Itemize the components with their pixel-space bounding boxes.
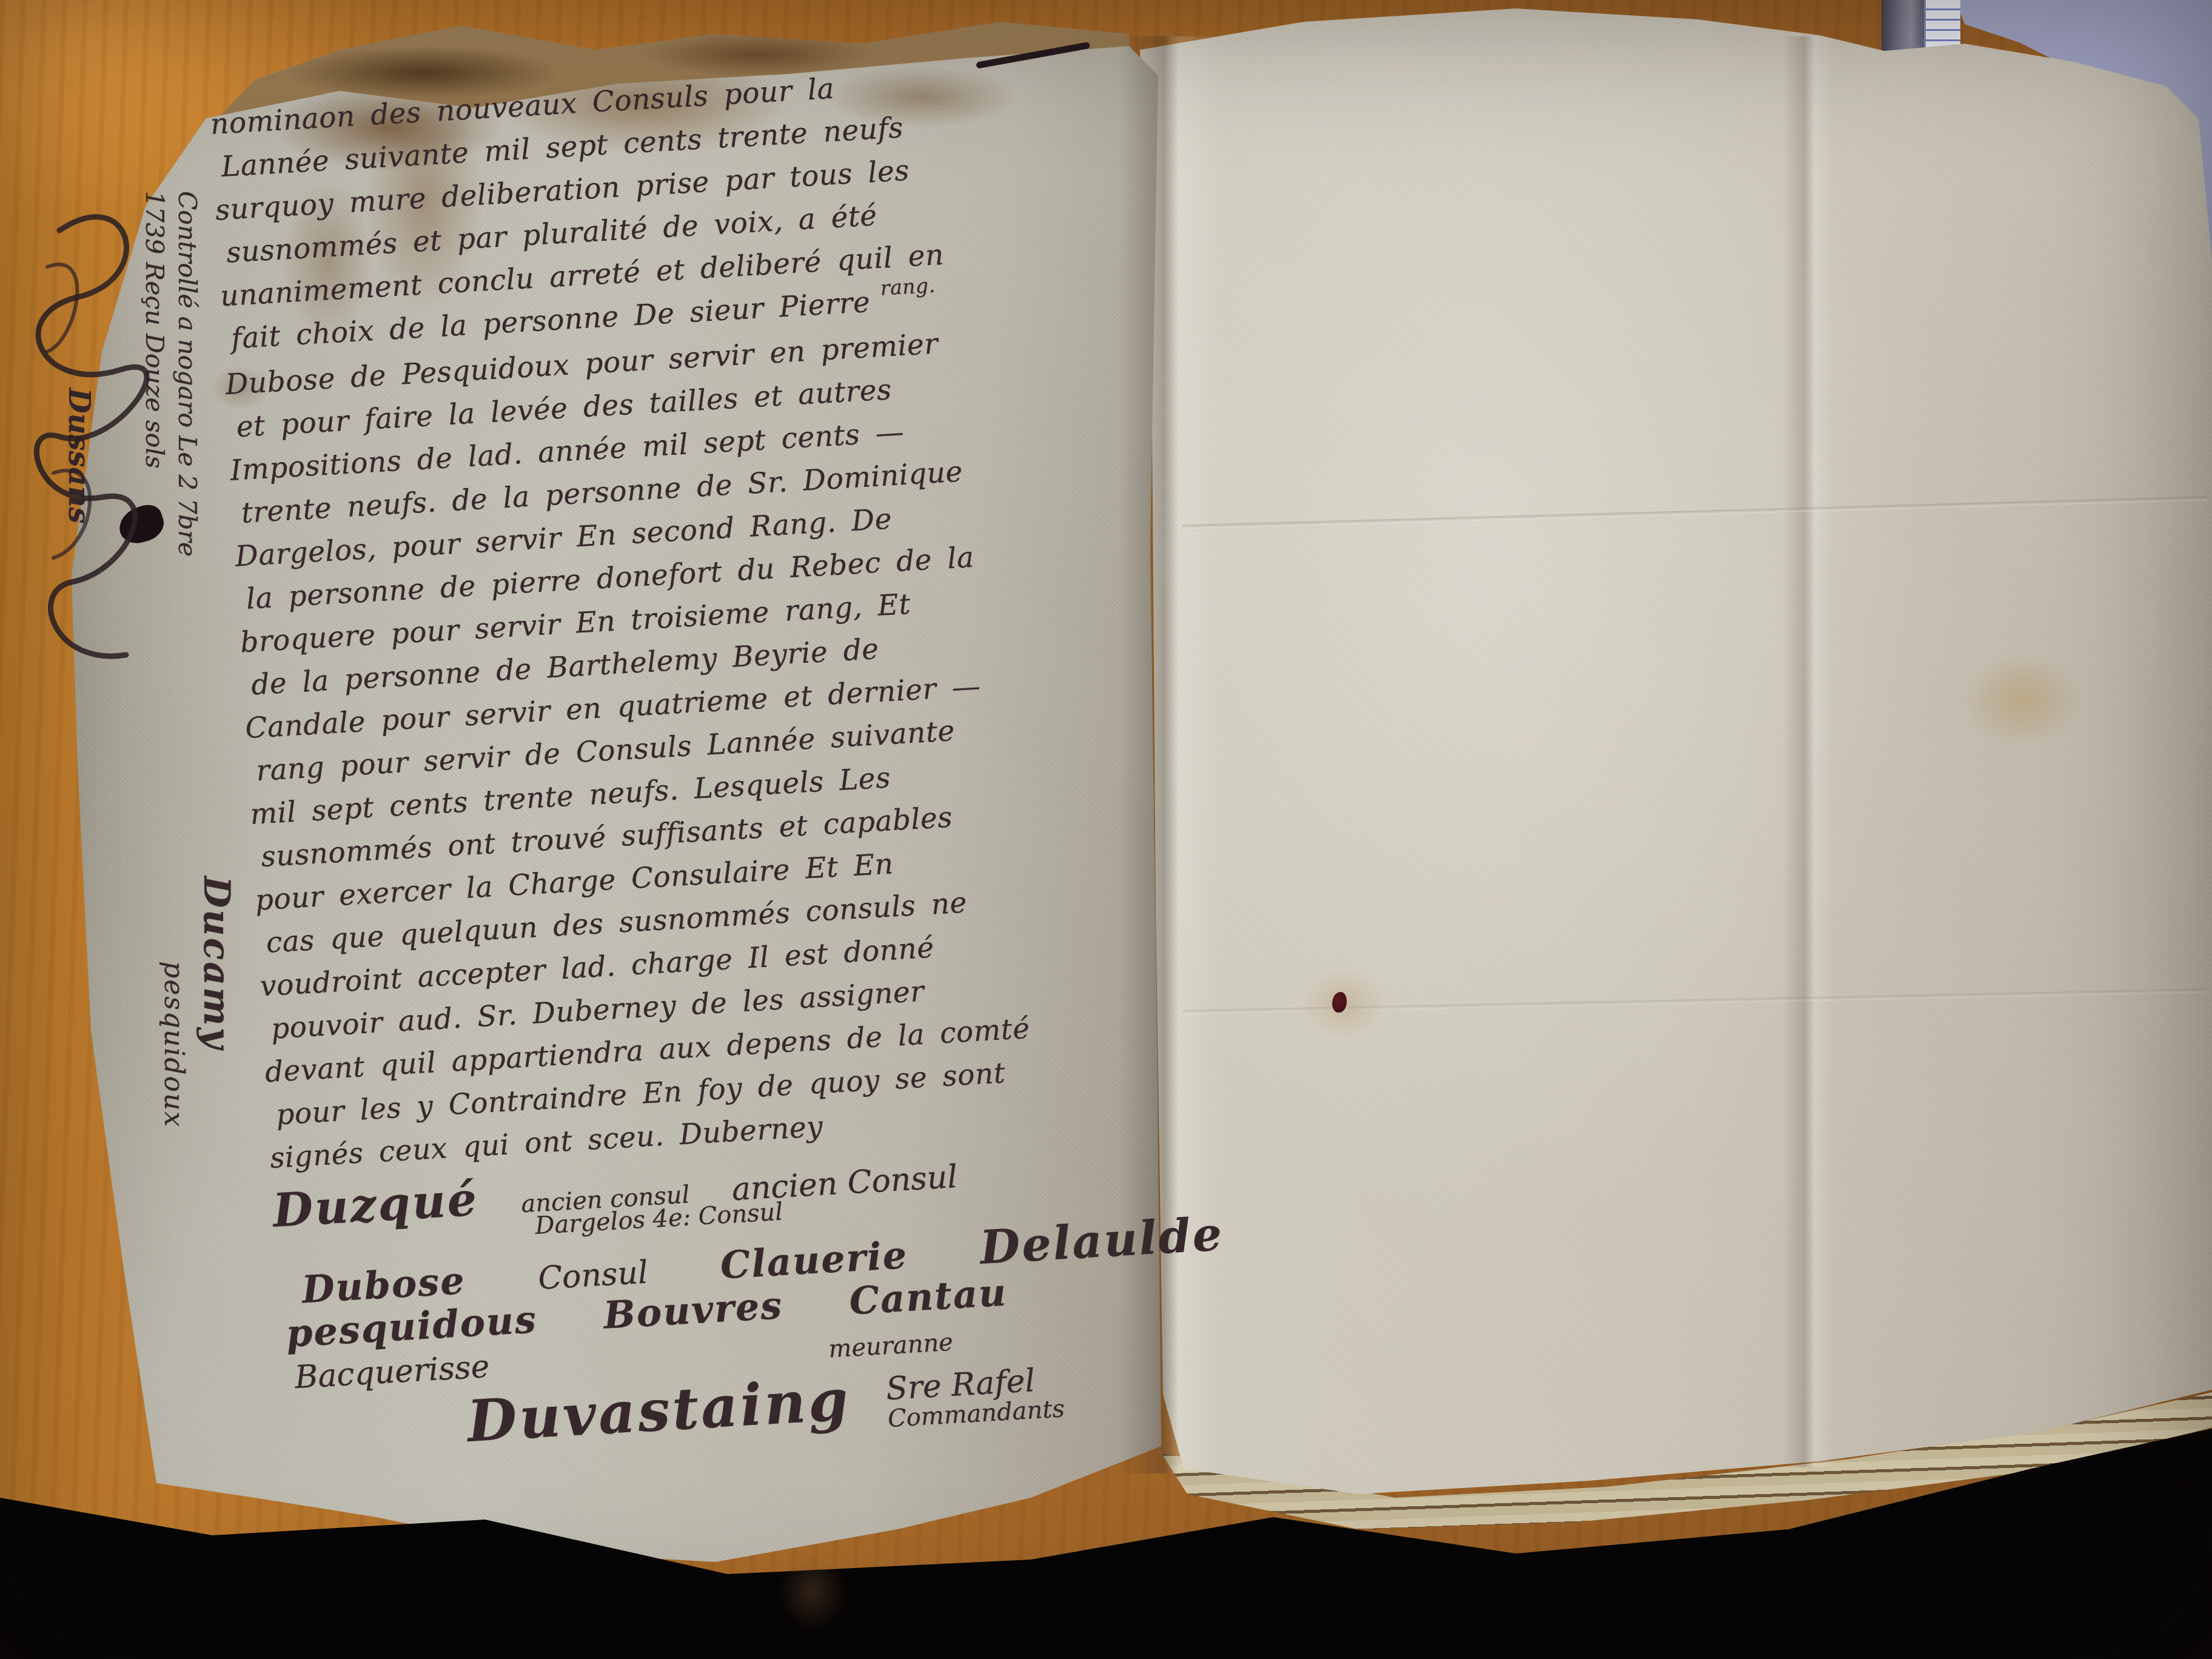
margin-signature-ducamy: Ducamy [195,876,238,1050]
main-text-block: nominaon des nouveaux Consuls pour la La… [209,50,1213,1457]
signature-cantau: Cantau [848,1270,1008,1324]
scale-rod [1882,0,1924,56]
title-consul: Consul [537,1255,649,1297]
amber-stain [1962,652,2083,749]
margin-paraph-flourish [23,194,181,716]
shadow-spot [779,1552,846,1631]
superscript-rang: rang. [880,273,936,300]
signature-meuranne: meuranne [828,1329,954,1364]
signature-duzque: Duzqué [272,1172,480,1238]
photo-of-manuscript: nominaon des nouveaux Consuls pour la La… [0,0,2212,1659]
vertical-fold-crease [1783,36,1834,1467]
signature-bouvres: Bouvres [602,1283,784,1338]
margin-signature-pesquidoux: pesquidoux [158,961,189,1128]
